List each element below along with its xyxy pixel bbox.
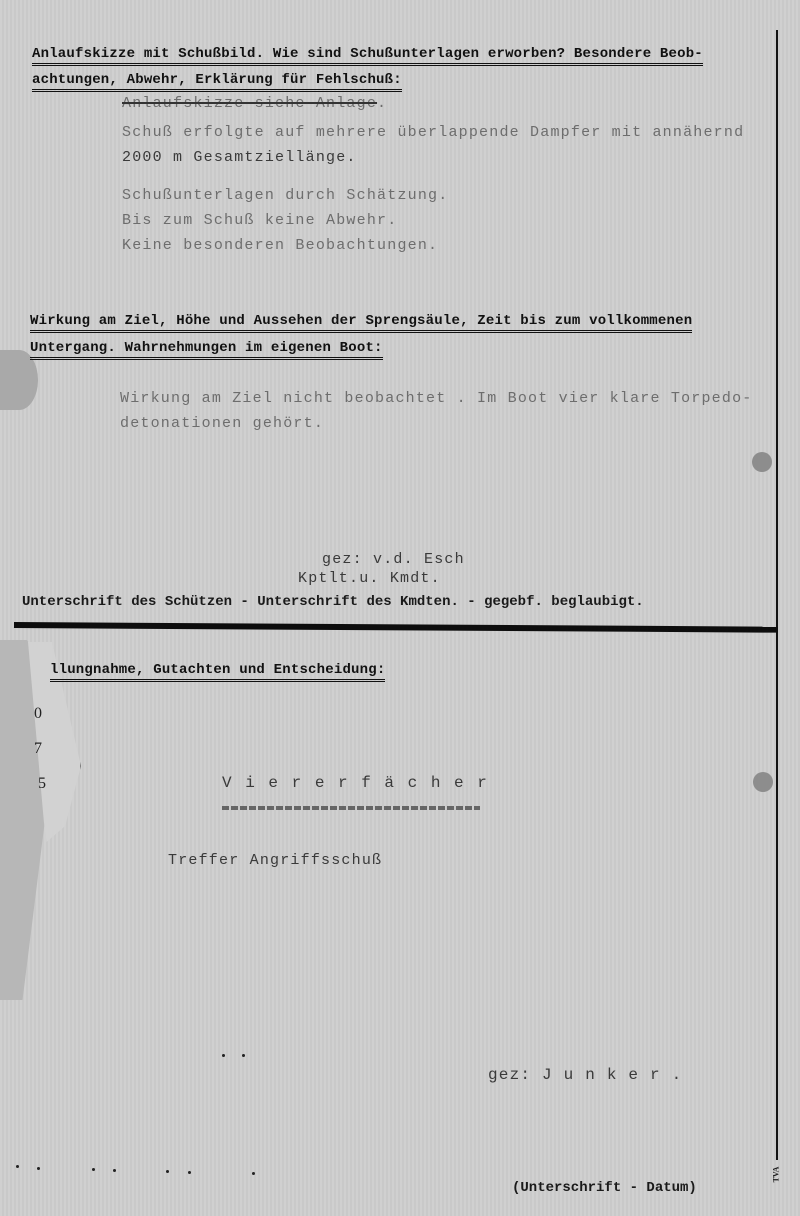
verdict-underline	[222, 806, 480, 810]
ink-dot	[16, 1165, 19, 1168]
ink-dot	[252, 1172, 255, 1175]
document-page: Anlaufskizze mit Schußbild. Wie sind Sch…	[0, 0, 800, 1216]
section1-line: Bis zum Schuß keine Abwehr.	[122, 212, 397, 229]
ink-dot	[113, 1169, 116, 1172]
margin-number: 5	[38, 775, 46, 793]
ink-dot	[222, 1054, 225, 1057]
section2-heading-line2: Untergang. Wahrnehmungen im eigenen Boot…	[30, 340, 383, 356]
signature-date-caption: (Unterschrift - Datum)	[512, 1180, 697, 1196]
section1-heading-line2: achtungen, Abwehr, Erklärung für Fehlsch…	[32, 72, 402, 88]
section2-line: Wirkung am Ziel nicht beobachtet . Im Bo…	[120, 390, 753, 407]
section-divider	[14, 622, 778, 633]
margin-number: 0	[34, 705, 42, 723]
section2-heading-line1: Wirkung am Ziel, Höhe und Aussehen der S…	[30, 313, 692, 329]
signature-junker: gez: J u n k e r .	[488, 1066, 682, 1084]
section1-line: Keine besonderen Beobachtungen.	[122, 237, 438, 254]
section1-line: Anlaufskizze siehe Anlage.	[122, 95, 387, 112]
verdict: V i e r e r f ä c h e r	[222, 774, 489, 792]
ink-dot	[92, 1168, 95, 1171]
section3-heading: llungnahme, Gutachten und Entscheidung:	[50, 662, 385, 678]
ink-dot	[37, 1167, 40, 1170]
section1-heading-line1: Anlaufskizze mit Schußbild. Wie sind Sch…	[32, 46, 703, 62]
punch-hole	[752, 452, 772, 472]
ink-dot	[242, 1054, 245, 1057]
margin-number: 7	[34, 740, 42, 758]
signature-name: gez: v.d. Esch	[322, 551, 465, 568]
ink-dot	[188, 1171, 191, 1174]
section1-line: 2000 m Gesamtziellänge.	[122, 149, 357, 166]
right-margin-rule	[776, 30, 778, 1160]
ink-dot	[166, 1170, 169, 1173]
signature-caption: Unterschrift des Schützen - Unterschrift…	[22, 594, 644, 610]
punch-hole	[753, 772, 773, 792]
result: Treffer Angriffsschuß	[168, 852, 382, 869]
section1-line: Schuß erfolgte auf mehrere überlappende …	[122, 124, 744, 141]
section2-line: detonationen gehört.	[120, 415, 324, 432]
archive-stamp: TVA	[771, 1167, 780, 1183]
signature-rank: Kptlt.u. Kmdt.	[298, 570, 441, 587]
section1-line: Schußunterlagen durch Schätzung.	[122, 187, 448, 204]
